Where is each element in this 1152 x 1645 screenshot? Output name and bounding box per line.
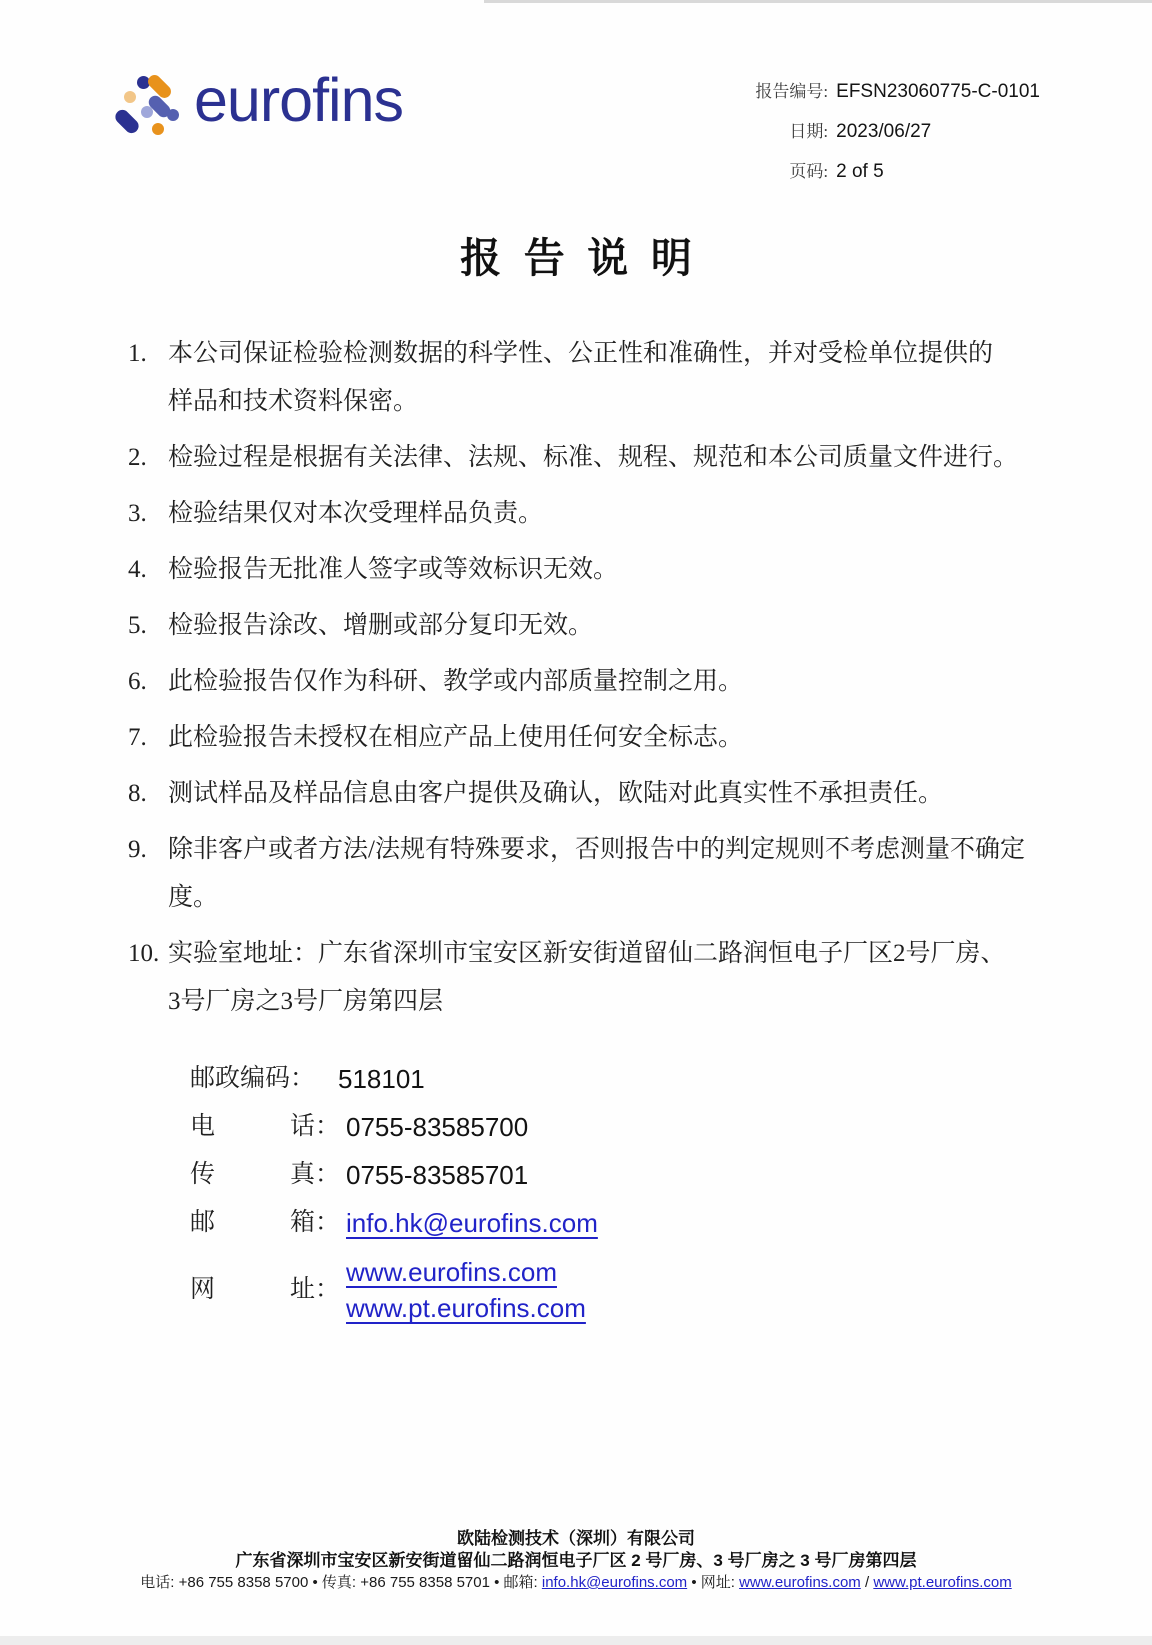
note-item-1: 1. 本公司保证检验检测数据的科学性、公正性和准确性，并对受检单位提供的 样品和… bbox=[128, 330, 1040, 426]
report-notes-list: 1. 本公司保证检验检测数据的科学性、公正性和准确性，并对受检单位提供的 样品和… bbox=[128, 330, 1040, 1026]
email-link[interactable]: info.hk@eurofins.com bbox=[346, 1208, 598, 1238]
note-number: 7. bbox=[128, 714, 168, 762]
note-text: 检验报告无批准人签字或等效标识无效。 bbox=[168, 546, 1040, 594]
note-text: 实验室地址：广东省深圳市宝安区新安街道留仙二路润恒电子厂区2号厂房、 3号厂房之… bbox=[168, 930, 1040, 1026]
note-item-9: 9. 除非客户或者方法/法规有特殊要求，否则报告中的判定规则不考虑测量不确定 度… bbox=[128, 826, 1040, 922]
note-number: 9. bbox=[128, 826, 168, 922]
note-item-5: 5. 检验报告涂改、增删或部分复印无效。 bbox=[128, 602, 1040, 650]
note-item-4: 4. 检验报告无批准人签字或等效标识无效。 bbox=[128, 546, 1040, 594]
note-item-6: 6. 此检验报告仅作为科研、教学或内部质量控制之用。 bbox=[128, 658, 1040, 706]
date-value: 2023/06/27 bbox=[836, 120, 1040, 143]
website-row: 网 址： www.eurofins.com www.pt.eurofins.co… bbox=[190, 1254, 1152, 1326]
eurofins-logo: eurofins bbox=[116, 70, 403, 137]
note-item-10: 10. 实验室地址：广东省深圳市宝安区新安街道留仙二路润恒电子厂区2号厂房、 3… bbox=[128, 930, 1040, 1026]
note-number: 3. bbox=[128, 490, 168, 538]
footer-contact-line: 电话: +86 755 8358 5700 • 传真: +86 755 8358… bbox=[0, 1572, 1152, 1593]
note-text: 此检验报告未授权在相应产品上使用任何安全标志。 bbox=[168, 714, 1040, 762]
phone-value: 0755-83585700 bbox=[346, 1110, 528, 1144]
note-number: 4. bbox=[128, 546, 168, 594]
footer-address: 广东省深圳市宝安区新安街道留仙二路润恒电子厂区 2 号厂房、3 号厂房之 3 号… bbox=[0, 1550, 1152, 1572]
footer-slash: / bbox=[861, 1574, 874, 1591]
footer-web-label: • 网址: bbox=[687, 1574, 739, 1591]
scan-edge-bottom bbox=[0, 1636, 1152, 1645]
footer-email-link[interactable]: info.hk@eurofins.com bbox=[542, 1574, 687, 1591]
note-item-2: 2. 检验过程是根据有关法律、法规、标准、规程、规范和本公司质量文件进行。 bbox=[128, 434, 1040, 482]
note-number: 8. bbox=[128, 770, 168, 818]
eurofins-logo-icon bbox=[116, 73, 178, 135]
email-label: 邮 箱： bbox=[190, 1206, 340, 1240]
note-text: 此检验报告仅作为科研、教学或内部质量控制之用。 bbox=[168, 658, 1040, 706]
eurofins-logo-text: eurofins bbox=[194, 70, 403, 137]
date-label: 日期: bbox=[755, 120, 828, 143]
lab-contact-block: 邮政编码： 518101 电 话： 0755-83585700 传 真： 075… bbox=[190, 1062, 1152, 1326]
footer-tel-fax: 电话: +86 755 8358 5700 • 传真: +86 755 8358… bbox=[140, 1574, 542, 1591]
note-text: 本公司保证检验检测数据的科学性、公正性和准确性，并对受检单位提供的 样品和技术资… bbox=[168, 330, 1040, 426]
note-text: 测试样品及样品信息由客户提供及确认，欧陆对此真实性不承担责任。 bbox=[168, 770, 1040, 818]
note-text: 除非客户或者方法/法规有特殊要求，否则报告中的判定规则不考虑测量不确定 度。 bbox=[168, 826, 1040, 922]
fax-value: 0755-83585701 bbox=[346, 1158, 528, 1192]
website-link-1[interactable]: www.eurofins.com bbox=[346, 1254, 586, 1290]
note-item-7: 7. 此检验报告未授权在相应产品上使用任何安全标志。 bbox=[128, 714, 1040, 762]
note-number: 1. bbox=[128, 330, 168, 426]
scan-edge-top bbox=[484, 0, 1152, 3]
report-no-label: 报告编号: bbox=[755, 80, 828, 103]
fax-label: 传 真： bbox=[190, 1158, 340, 1192]
report-page: eurofins 报告编号: EFSN23060775-C-0101 日期: 2… bbox=[0, 0, 1152, 1645]
note-number: 6. bbox=[128, 658, 168, 706]
footer-website-link-2[interactable]: www.pt.eurofins.com bbox=[873, 1574, 1011, 1591]
website-link-2[interactable]: www.pt.eurofins.com bbox=[346, 1290, 586, 1326]
phone-row: 电 话： 0755-83585700 bbox=[190, 1110, 1152, 1144]
phone-label: 电 话： bbox=[190, 1110, 340, 1144]
note-text: 检验结果仅对本次受理样品负责。 bbox=[168, 490, 1040, 538]
note-text: 检验过程是根据有关法律、法规、标准、规程、规范和本公司质量文件进行。 bbox=[168, 434, 1040, 482]
footer-company-name: 欧陆检测技术（深圳）有限公司 bbox=[0, 1528, 1152, 1550]
report-no-value: EFSN23060775-C-0101 bbox=[836, 80, 1040, 103]
page-title: 报告说明 bbox=[0, 225, 1152, 284]
note-number: 5. bbox=[128, 602, 168, 650]
postcode-row: 邮政编码： 518101 bbox=[190, 1062, 1152, 1096]
page-number-label: 页码: bbox=[755, 160, 828, 183]
email-row: 邮 箱： info.hk@eurofins.com bbox=[190, 1206, 1152, 1240]
page-number-value: 2 of 5 bbox=[836, 160, 1040, 183]
note-text: 检验报告涂改、增删或部分复印无效。 bbox=[168, 602, 1040, 650]
note-item-8: 8. 测试样品及样品信息由客户提供及确认，欧陆对此真实性不承担责任。 bbox=[128, 770, 1040, 818]
page-header: eurofins 报告编号: EFSN23060775-C-0101 日期: 2… bbox=[0, 0, 1152, 183]
postcode-label: 邮政编码： bbox=[190, 1062, 332, 1096]
postcode-value: 518101 bbox=[338, 1062, 425, 1096]
website-label: 网 址： bbox=[190, 1273, 340, 1307]
page-footer: 欧陆检测技术（深圳）有限公司 广东省深圳市宝安区新安街道留仙二路润恒电子厂区 2… bbox=[0, 1528, 1152, 1593]
report-meta: 报告编号: EFSN23060775-C-0101 日期: 2023/06/27… bbox=[755, 80, 1040, 183]
note-item-3: 3. 检验结果仅对本次受理样品负责。 bbox=[128, 490, 1040, 538]
fax-row: 传 真： 0755-83585701 bbox=[190, 1158, 1152, 1192]
note-number: 2. bbox=[128, 434, 168, 482]
footer-website-link-1[interactable]: www.eurofins.com bbox=[739, 1574, 861, 1591]
note-number: 10. bbox=[128, 930, 168, 1026]
